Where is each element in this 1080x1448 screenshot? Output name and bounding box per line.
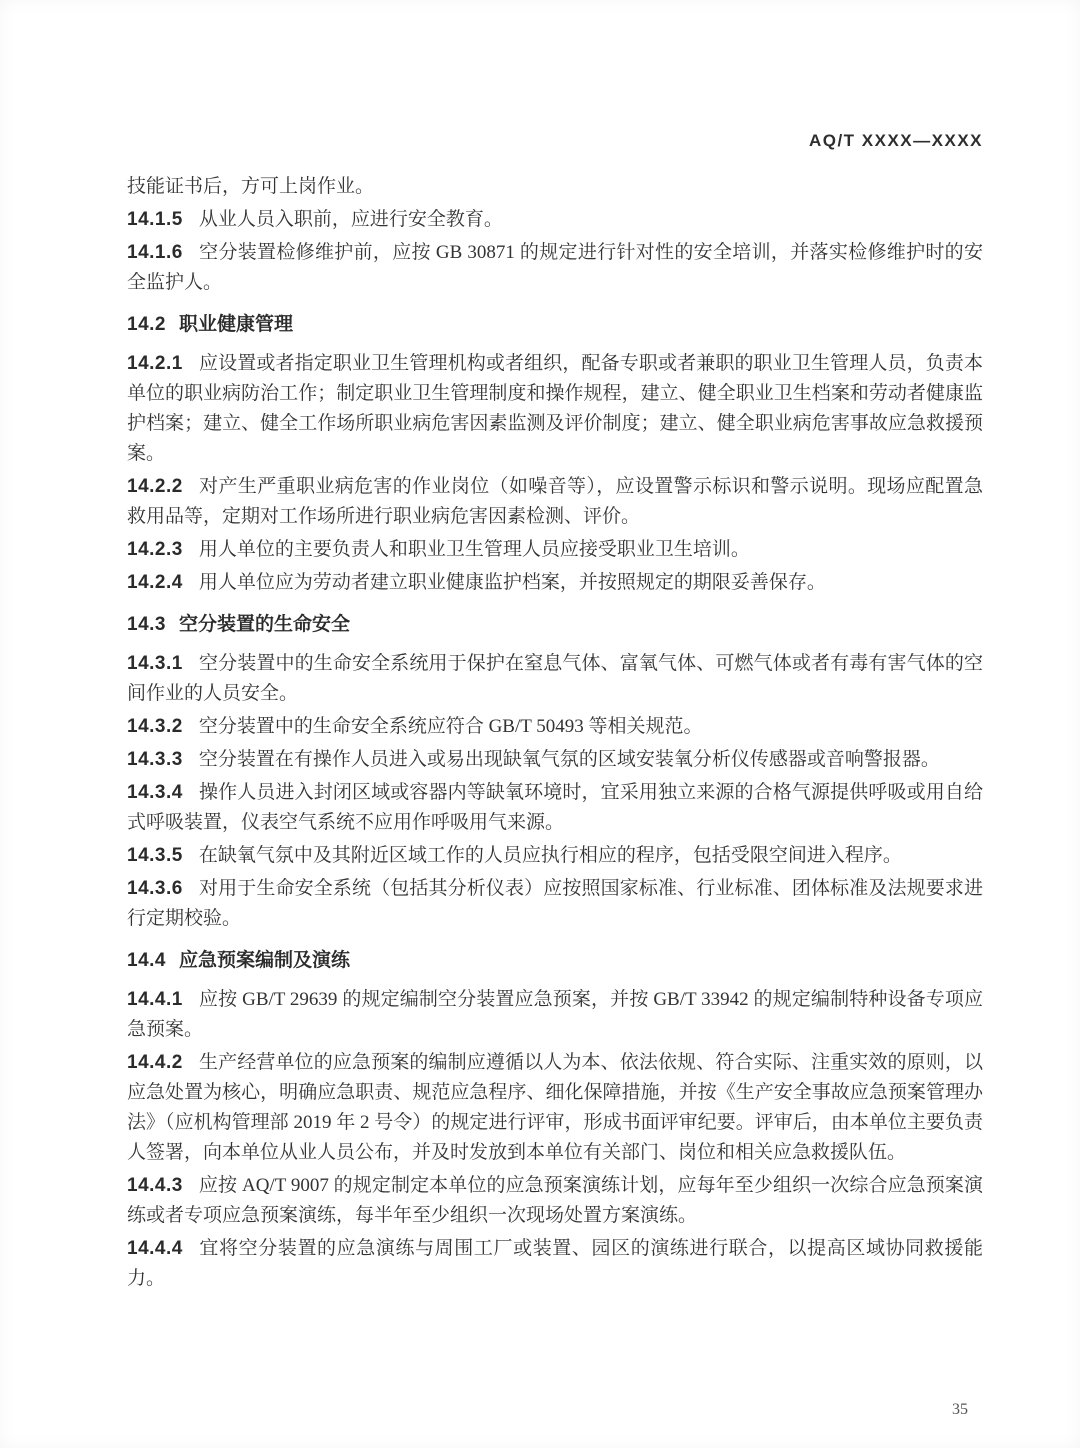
clause-text: 在缺氧气氛中及其附近区域工作的人员应执行相应的程序，包括受限空间进入程序。 <box>199 845 902 866</box>
clause-paragraph: 14.1.6空分装置检修维护前，应按 GB 30871 的规定进行针对性的安全培… <box>127 238 983 298</box>
clause-text: 操作人员进入封闭区域或容器内等缺氧环境时，宜采用独立来源的合格气源提供呼吸或用自… <box>127 782 983 833</box>
clause-text: 生产经营单位的应急预案的编制应遵循以人为本、依法依规、符合实际、注重实效的原则，… <box>127 1052 983 1163</box>
clause-paragraph: 14.2.3用人单位的主要负责人和职业卫生管理人员应接受职业卫生培训。 <box>127 535 983 565</box>
clause-paragraph: 14.4.2生产经营单位的应急预案的编制应遵循以人为本、依法依规、符合实际、注重… <box>127 1048 983 1168</box>
clause-number: 14.1.5 <box>127 209 183 230</box>
clause-paragraph: 14.4.1应按 GB/T 29639 的规定编制空分装置应急预案，并按 GB/… <box>127 985 983 1045</box>
section-title: 空分装置的生命安全 <box>179 614 350 635</box>
clause-paragraph: 14.1.5从业人员入职前，应进行安全教育。 <box>127 205 983 235</box>
document-page: AQ/T XXXX—XXXX 技能证书后，方可上岗作业。14.1.5从业人员入职… <box>0 0 1080 1448</box>
section-heading: 14.3空分装置的生命安全 <box>127 610 983 640</box>
clause-text: 空分装置检修维护前，应按 GB 30871 的规定进行针对性的安全培训，并落实检… <box>127 242 983 293</box>
section-title: 应急预案编制及演练 <box>179 950 350 971</box>
section-heading: 14.4应急预案编制及演练 <box>127 946 983 976</box>
clause-number: 14.4.1 <box>127 989 183 1010</box>
body-paragraph: 技能证书后，方可上岗作业。 <box>127 172 983 202</box>
section-number: 14.4 <box>127 950 166 971</box>
clause-text: 对用于生命安全系统（包括其分析仪表）应按照国家标准、行业标准、团体标准及法规要求… <box>127 878 983 929</box>
clause-text: 用人单位应为劳动者建立职业健康监护档案，并按照规定的期限妥善保存。 <box>199 572 826 593</box>
clause-text: 空分装置中的生命安全系统应符合 GB/T 50493 等相关规范。 <box>199 716 703 737</box>
clause-number: 14.3.5 <box>127 845 183 866</box>
clause-paragraph: 14.3.3空分装置在有操作人员进入或易出现缺氧气氛的区域安装氧分析仪传感器或音… <box>127 745 983 775</box>
clause-text: 对产生严重职业病危害的作业岗位（如噪音等），应设置警示标识和警示说明。现场应配置… <box>127 476 983 527</box>
page-number: 35 <box>952 1400 968 1420</box>
clause-text: 应设置或者指定职业卫生管理机构或者组织，配备专职或者兼职的职业卫生管理人员，负责… <box>127 353 983 464</box>
clause-text: 用人单位的主要负责人和职业卫生管理人员应接受职业卫生培训。 <box>199 539 750 560</box>
section-title: 职业健康管理 <box>179 314 293 335</box>
clause-text: 应按 GB/T 29639 的规定编制空分装置应急预案，并按 GB/T 3394… <box>127 989 983 1040</box>
clause-text: 从业人员入职前，应进行安全教育。 <box>199 209 503 230</box>
clause-paragraph: 14.3.5在缺氧气氛中及其附近区域工作的人员应执行相应的程序，包括受限空间进入… <box>127 841 983 871</box>
clause-paragraph: 14.2.1应设置或者指定职业卫生管理机构或者组织，配备专职或者兼职的职业卫生管… <box>127 349 983 469</box>
clause-number: 14.3.1 <box>127 653 183 674</box>
clause-text: 宜将空分装置的应急演练与周围工厂或装置、园区的演练进行联合，以提高区域协同救援能… <box>127 1238 983 1289</box>
clause-paragraph: 14.3.1空分装置中的生命安全系统用于保护在窒息气体、富氧气体、可燃气体或者有… <box>127 649 983 709</box>
clause-paragraph: 14.3.4操作人员进入封闭区域或容器内等缺氧环境时，宜采用独立来源的合格气源提… <box>127 778 983 838</box>
section-number: 14.3 <box>127 614 166 635</box>
clause-number: 14.1.6 <box>127 242 183 263</box>
document-body: 技能证书后，方可上岗作业。14.1.5从业人员入职前，应进行安全教育。14.1.… <box>127 172 983 1297</box>
clause-text: 应按 AQ/T 9007 的规定制定本单位的应急预案演练计划，应每年至少组织一次… <box>127 1175 983 1226</box>
clause-text: 空分装置在有操作人员进入或易出现缺氧气氛的区域安装氧分析仪传感器或音响警报器。 <box>199 749 940 770</box>
clause-number: 14.3.4 <box>127 782 183 803</box>
clause-number: 14.3.6 <box>127 878 183 899</box>
section-heading: 14.2职业健康管理 <box>127 310 983 340</box>
clause-text: 空分装置中的生命安全系统用于保护在窒息气体、富氧气体、可燃气体或者有毒有害气体的… <box>127 653 983 704</box>
clause-number: 14.4.3 <box>127 1175 183 1196</box>
section-number: 14.2 <box>127 314 166 335</box>
clause-paragraph: 14.4.4宜将空分装置的应急演练与周围工厂或装置、园区的演练进行联合，以提高区… <box>127 1234 983 1294</box>
clause-number: 14.2.1 <box>127 353 183 374</box>
clause-paragraph: 14.2.2对产生严重职业病危害的作业岗位（如噪音等），应设置警示标识和警示说明… <box>127 472 983 532</box>
clause-number: 14.2.2 <box>127 476 183 497</box>
clause-paragraph: 14.2.4用人单位应为劳动者建立职业健康监护档案，并按照规定的期限妥善保存。 <box>127 568 983 598</box>
running-header: AQ/T XXXX—XXXX <box>809 131 983 151</box>
clause-paragraph: 14.3.2空分装置中的生命安全系统应符合 GB/T 50493 等相关规范。 <box>127 712 983 742</box>
clause-number: 14.3.3 <box>127 749 183 770</box>
clause-paragraph: 14.3.6对用于生命安全系统（包括其分析仪表）应按照国家标准、行业标准、团体标… <box>127 874 983 934</box>
clause-number: 14.2.4 <box>127 572 183 593</box>
clause-number: 14.2.3 <box>127 539 183 560</box>
clause-number: 14.4.4 <box>127 1238 183 1259</box>
clause-paragraph: 14.4.3应按 AQ/T 9007 的规定制定本单位的应急预案演练计划，应每年… <box>127 1171 983 1231</box>
clause-number: 14.4.2 <box>127 1052 183 1073</box>
clause-number: 14.3.2 <box>127 716 183 737</box>
clause-text: 技能证书后，方可上岗作业。 <box>127 176 374 197</box>
